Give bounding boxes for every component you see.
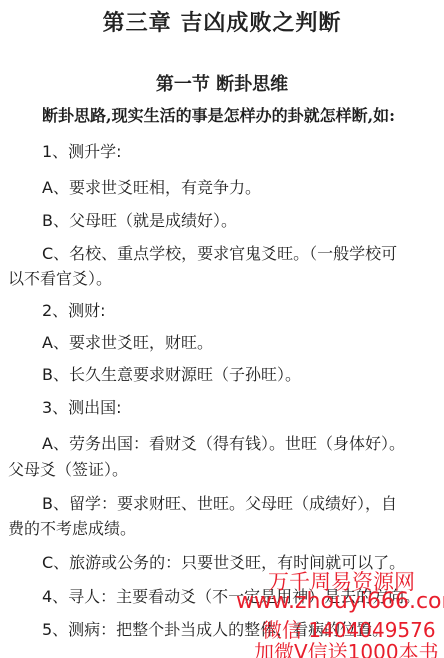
document-page: 第三章 吉凶成败之判断 第一节 断卦思维 断卦思路,现实生活的事是怎样办的卦就怎… <box>0 0 444 658</box>
watermark-url: www.zhouyi666.com <box>236 589 444 614</box>
section-title: 第一节 断卦思维 <box>0 70 444 96</box>
list-item: B、留学：要求财旺、世旺。父母旺（成绩好），自 <box>42 491 397 514</box>
list-item: 2、测财: <box>42 298 106 321</box>
list-item: 费的不考虑成绩。 <box>8 516 136 539</box>
list-item: A、要求世爻旺相，有竞争力。 <box>42 175 261 198</box>
list-item: C、名校、重点学校，要求官鬼爻旺。（一般学校可 <box>42 241 397 264</box>
list-item: 3、测出国: <box>42 395 122 418</box>
list-item: A、要求世爻旺，财旺。 <box>42 330 213 353</box>
list-item: B、父母旺（就是成绩好）。 <box>42 208 237 231</box>
list-item: 以不看官爻）。 <box>8 266 112 289</box>
list-item: A、劳务出国：看财爻（得有钱）。世旺（身体好）。 <box>42 431 405 454</box>
list-item: 父母爻（签证）。 <box>8 457 128 480</box>
list-item: B、长久生意要求财源旺（子孙旺）。 <box>42 362 301 385</box>
intro-paragraph: 断卦思路,现实生活的事是怎样办的卦就怎样断,如: <box>42 103 395 126</box>
list-item: 1、测升学: <box>42 139 122 162</box>
watermark-promo: 加微V信送1000本书 <box>254 636 439 658</box>
chapter-title: 第三章 吉凶成败之判断 <box>0 6 444 37</box>
